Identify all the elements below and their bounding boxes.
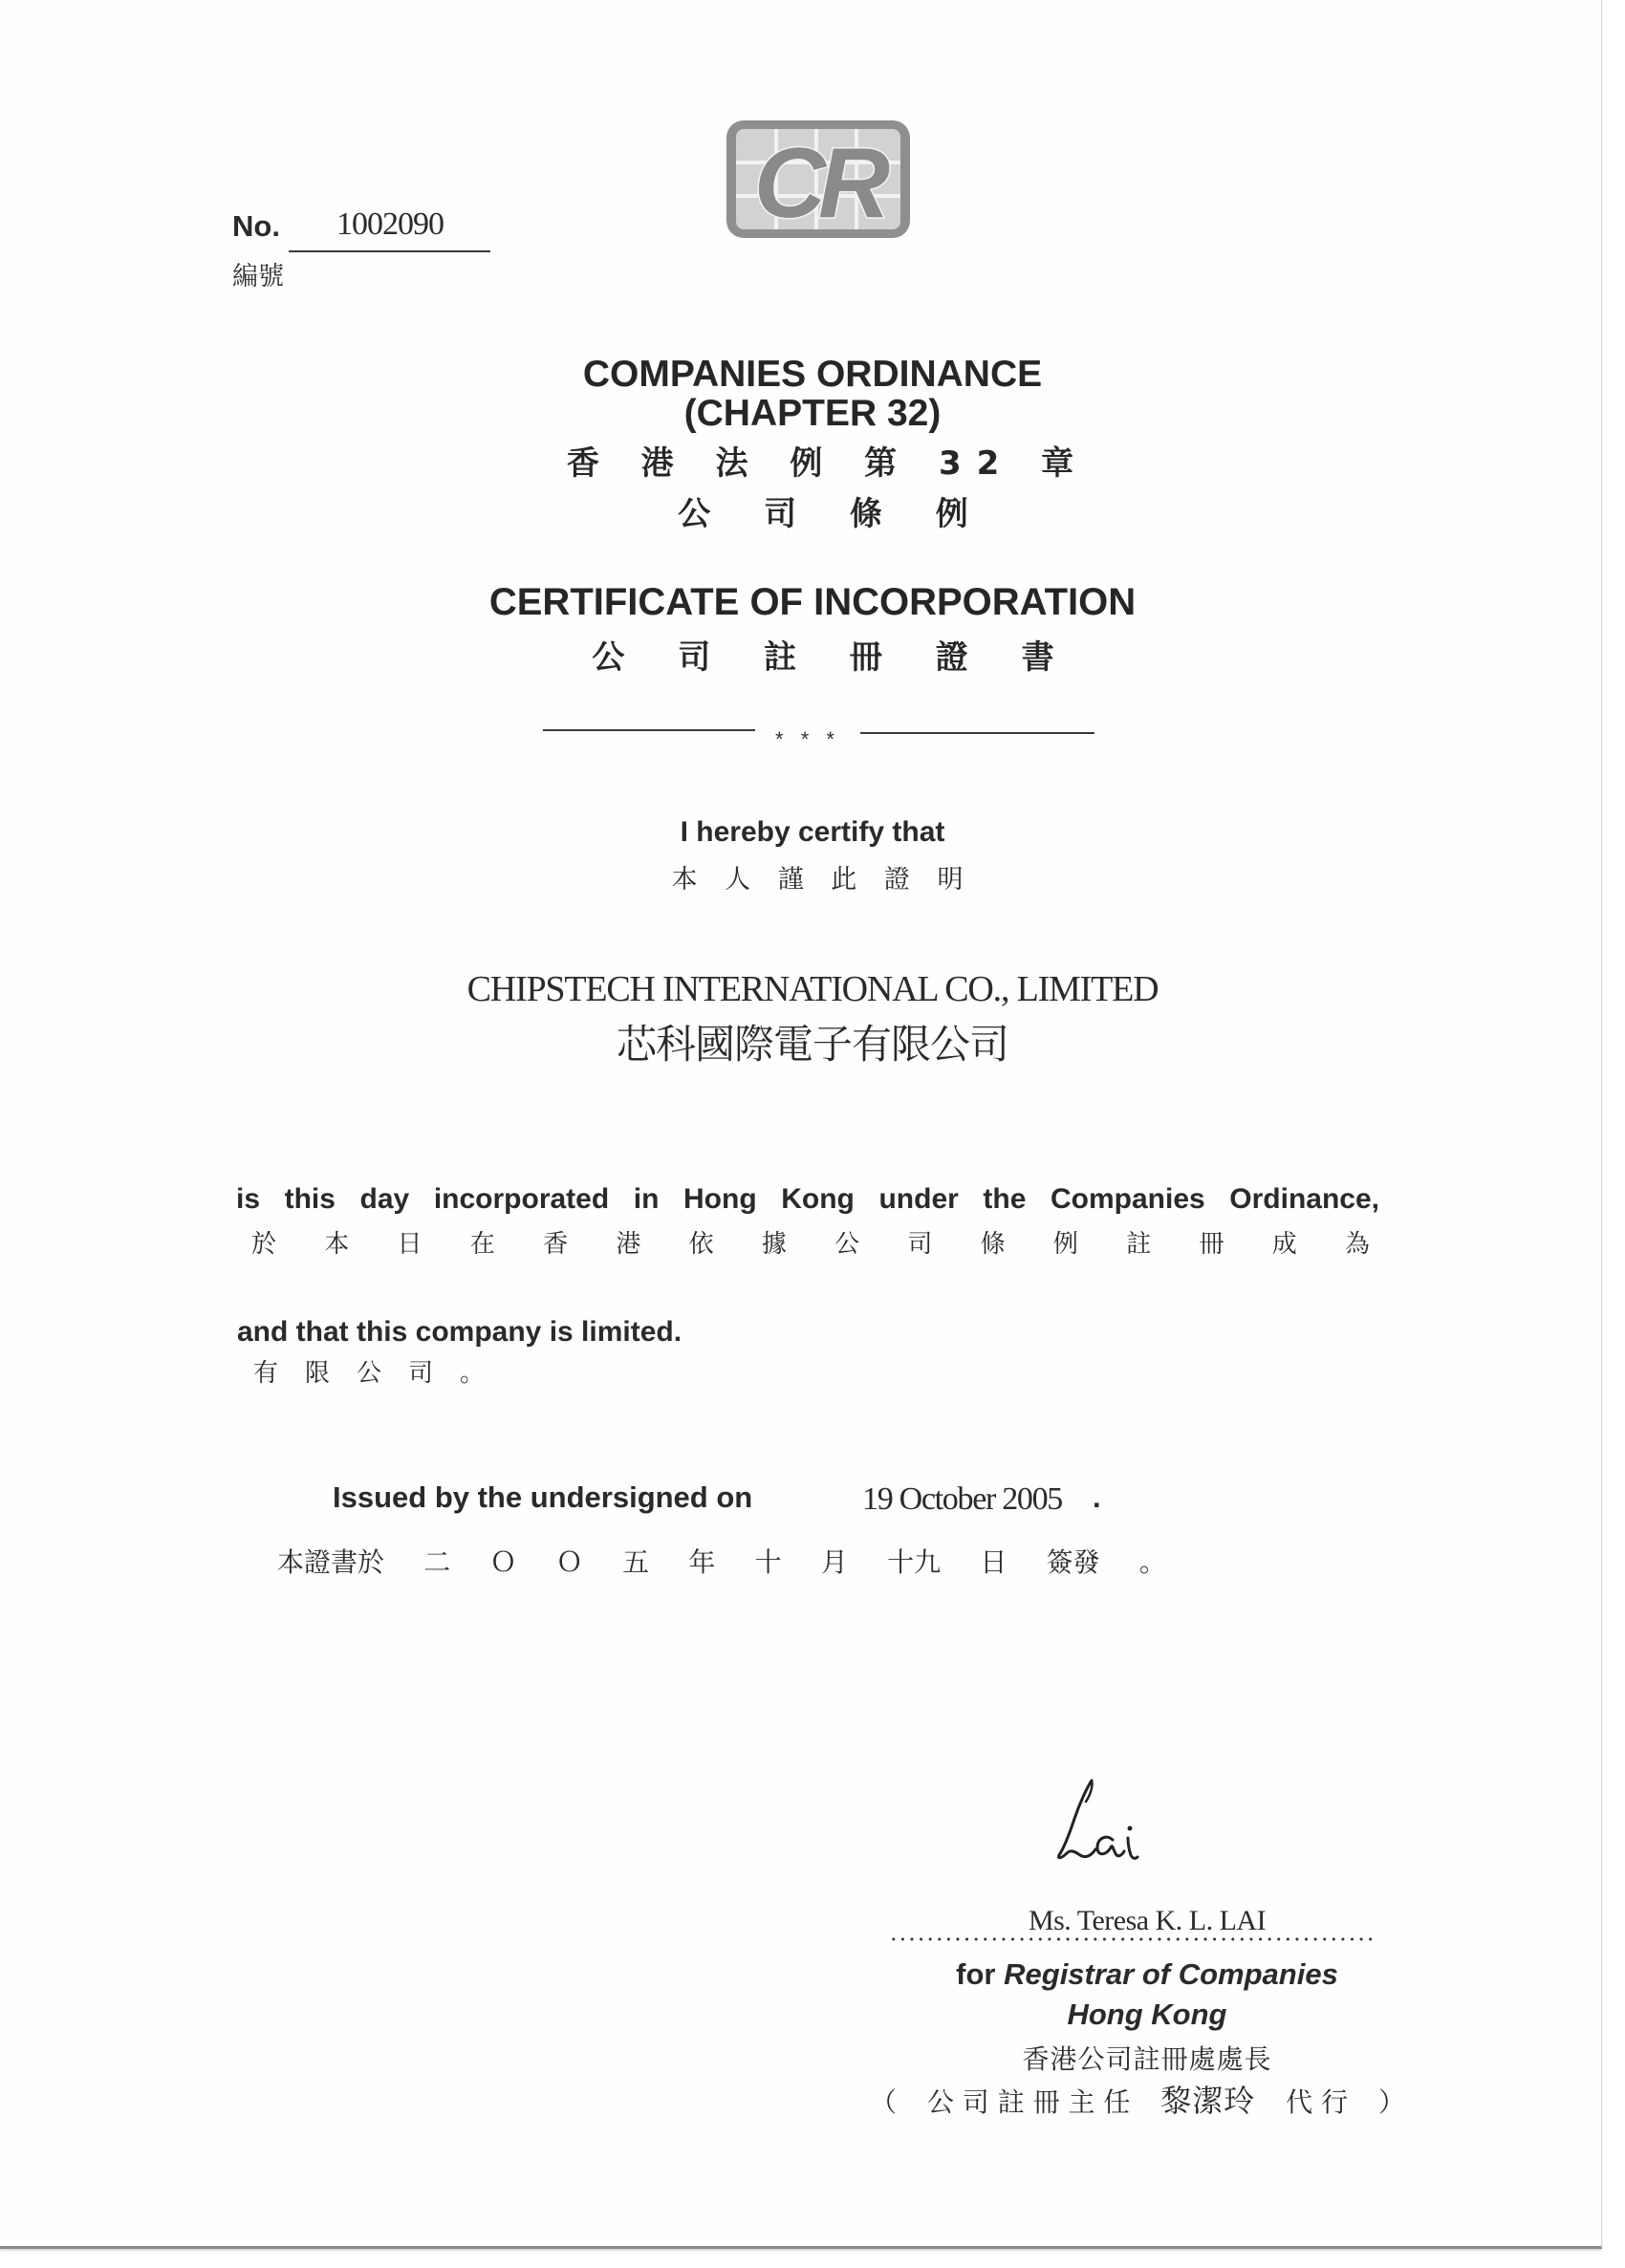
signature-image [1042,1773,1176,1868]
signer-name: Ms. Teresa K. L. LAI [860,1905,1434,1937]
signature-dotted-line [889,1937,1376,1941]
cjk-char: 日 [398,1224,422,1260]
cjk-char: 據 [762,1224,787,1260]
cjk-char: 例 [1053,1224,1078,1260]
cjk-char: 冊 [1199,1224,1224,1260]
registration-number: 1002090 [336,206,444,243]
acting-registrar-cjk: （ 公 司 註 冊 主 任 黎潔玲 代 行 ） [870,2077,1405,2121]
cjk-char: 司 [907,1224,932,1260]
number-label-cjk: 編號 [232,255,284,292]
paren-close: ） [1378,2082,1405,2120]
limited-statement: and that this company is limited. [237,1316,682,1349]
ordinance-name-cjk: 公 司 條 例 [0,487,1625,534]
companies-registry-logo-icon: CR [724,118,913,241]
limited-statement-cjk: 有限公司。 [253,1353,511,1389]
registrar-title-cjk: 香港公司註冊處處長 [860,2039,1434,2077]
cjk-date-part: 年 [688,1542,715,1580]
for-prefix: for [956,1957,995,1991]
certify-statement-cjk: 本 人 謹 此 證 明 [0,858,1625,896]
cjk-char: 香 [543,1224,568,1260]
cjk-date-part: Ｏ [490,1542,517,1580]
incorporation-statement-cjk: 於本日在香港依據公司條例註冊成為 [251,1224,1370,1260]
certify-statement: I hereby certify that [0,816,1625,849]
cjk-char: 成 [1272,1224,1297,1260]
registrar-location: Hong Kong [860,1998,1434,2032]
cjk-date-part: 簽發 [1047,1542,1100,1580]
certificate-title-cjk: 公 司 註 冊 證 書 [0,631,1625,678]
cjk-char: 註 [1126,1224,1151,1260]
ordinance-title: COMPANIES ORDINANCE [0,354,1625,396]
cjk-date-part: 五 [622,1542,649,1580]
incorporation-statement: is this day incorporated in Hong Kong un… [236,1183,1379,1216]
certificate-page: No. 1002090 編號 CR COMPANIES ORDINANCE (C… [0,0,1602,2249]
separator-stars: * * * [755,727,860,752]
company-name-en: CHIPSTECH INTERNATIONAL CO., LIMITED [0,968,1625,1010]
logo-text: CR [754,128,890,239]
cjk-date-part: Ｏ [556,1542,583,1580]
company-name-zh: 芯科國際電子有限公司 [0,1013,1625,1070]
cjk-char: 為 [1345,1224,1370,1260]
cjk-char: 港 [616,1224,640,1260]
number-underline [289,250,490,252]
cjk-char: 本 [324,1224,349,1260]
cjk-date-part: 月 [821,1542,848,1580]
issue-date-cjk: 本證書於二ＯＯ五年十月十九日簽發。 [277,1542,1166,1580]
cjk-date-part: 。 [1139,1542,1166,1580]
issued-period: . [1093,1480,1101,1515]
cjk-char: 於 [251,1224,276,1260]
cjk-char: 在 [470,1224,495,1260]
certificate-title: CERTIFICATE OF INCORPORATION [0,581,1625,624]
acting-suffix-cjk: 代 行 [1286,2082,1348,2120]
separator-line-right [860,732,1094,734]
number-label: No. [232,209,280,244]
paren-open: （ [870,2082,897,2120]
registrar-title: for Registrar of Companies [860,1957,1434,1992]
cjk-date-part: 本證書於 [277,1542,384,1580]
separator-line-left [543,729,755,731]
acting-name-cjk: 黎潔玲 [1160,2077,1255,2121]
cjk-char: 條 [981,1224,1006,1260]
cjk-date-part: 日 [980,1542,1007,1580]
cjk-char: 依 [689,1224,714,1260]
cjk-date-part: 十九 [887,1542,941,1580]
ordinance-title-cjk: 香 港 法 例 第 32 章 [0,437,1625,484]
issued-label: Issued by the undersigned on [333,1480,752,1515]
issue-date: 19 October 2005 [862,1481,1062,1518]
cjk-char: 公 [834,1224,859,1260]
acting-title-cjk: 公 司 註 冊 主 任 [927,2082,1131,2120]
registrar-name: Registrar of Companies [1004,1957,1338,1991]
chapter-title: (CHAPTER 32) [0,393,1625,435]
cjk-date-part: 二 [423,1542,450,1580]
cjk-date-part: 十 [755,1542,782,1580]
